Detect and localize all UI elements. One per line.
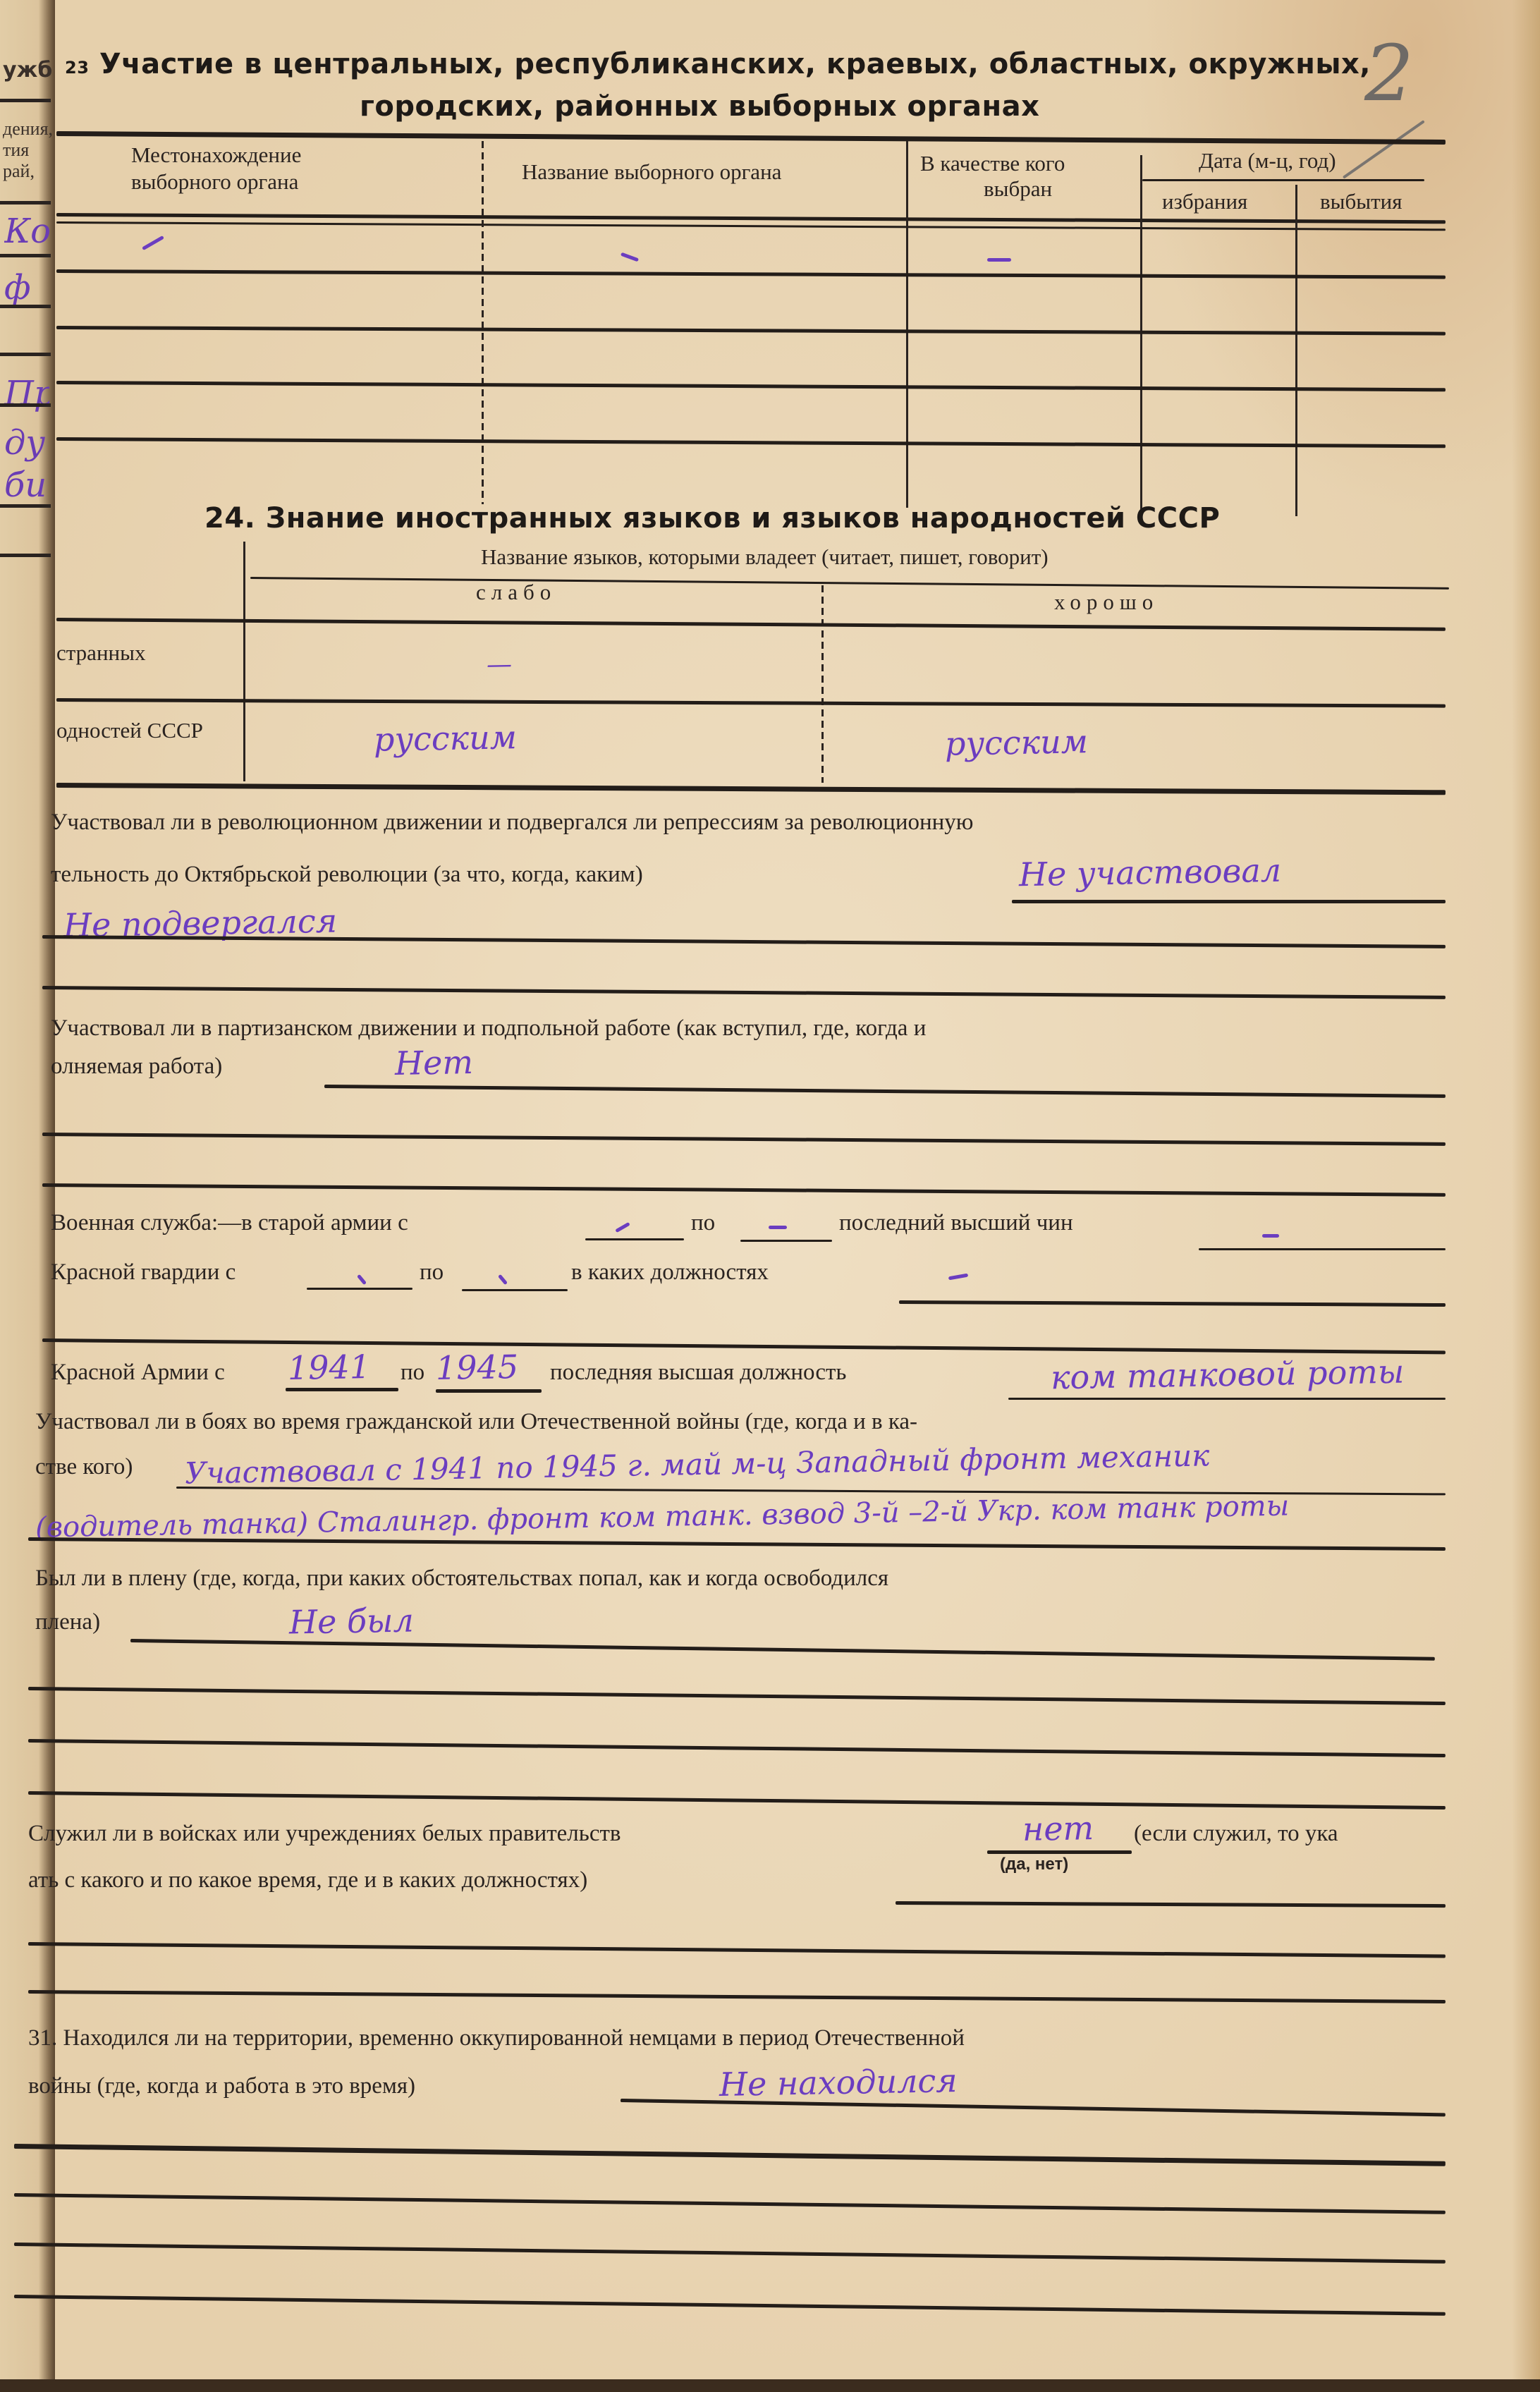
row1-name-dash: [621, 252, 639, 262]
col-header-role: выбран: [984, 176, 1052, 202]
strip-divider: [0, 353, 51, 356]
row-line: [56, 698, 1446, 708]
row-line: [56, 437, 1446, 448]
pencil-check-mark: [1343, 120, 1425, 179]
q30-answer: нет: [1022, 1809, 1094, 1848]
q27-old-army-from: [615, 1222, 630, 1233]
answer-line: [14, 2295, 1446, 2316]
q27-red-army-label: Красной Армии с: [51, 1360, 225, 1386]
answer-line: [899, 1300, 1446, 1307]
q28-answer: Участвовал с 1941 по 1945 г. май м-ц Зап…: [185, 1438, 1210, 1490]
answer-line: [28, 1687, 1446, 1705]
strip-col-fragment: рай,: [3, 161, 52, 182]
q30-text: Служил ли в войсках или учреждениях белы…: [28, 1821, 621, 1847]
q28-text: Участвовал ли в боях во время гражданско…: [35, 1409, 917, 1435]
page-bottom-edge: [0, 2379, 1540, 2392]
answer-line: [1012, 900, 1446, 903]
col-header-name: Название выборного органа: [522, 159, 781, 185]
col-divider: [1140, 155, 1142, 515]
q27-red-guard-label: Красной гвардии с: [51, 1259, 236, 1286]
q27-old-army-to: [769, 1226, 787, 1229]
q30-text: ать с какого и по какое время, где и в к…: [28, 1867, 587, 1893]
q27-last-position: ком танковой роты: [1051, 1353, 1405, 1397]
col-header-role: В качестве кого: [920, 151, 1065, 176]
answer-line: [28, 1791, 1446, 1810]
q27-positions: [948, 1274, 968, 1281]
answer-line: [740, 1240, 832, 1242]
q27-po: по: [401, 1360, 424, 1386]
section23-title-line2: городских, районных выборных органах: [360, 90, 1039, 123]
answer-line: [987, 1850, 1132, 1854]
q27-old-army-label: Военная служба:—в старой армии с: [51, 1210, 408, 1236]
section23-number: 23: [65, 58, 89, 78]
answer-line: [286, 1388, 398, 1391]
answer-line: [14, 2242, 1446, 2264]
answer-line: [896, 1901, 1446, 1908]
q26-text: олняемая работа): [51, 1054, 222, 1080]
row-line: [56, 326, 1446, 336]
q29-text: Был ли в плену (где, когда, при каких об…: [35, 1566, 888, 1592]
lang-subheader-line: [250, 577, 1449, 590]
row-line: [56, 381, 1446, 391]
q31-text: 31. Находился ли на территории, временно…: [28, 2025, 965, 2051]
answer-line: [307, 1288, 412, 1290]
row1-location-dash: [142, 236, 164, 250]
strip-handwriting: би: [4, 465, 49, 505]
q29-answer: Не был: [289, 1601, 415, 1641]
answer-line: [28, 1739, 1446, 1757]
strip-handwriting: ф: [4, 268, 49, 307]
answer-line: [621, 2099, 1446, 2116]
row-line: [56, 269, 1446, 279]
q27-red-guard-to: [498, 1274, 508, 1285]
answer-line: [28, 1990, 1446, 2003]
strip-divider: [0, 504, 51, 508]
answer-line: [28, 1537, 1446, 1551]
q26-text: Участвовал ли в партизанском движении и …: [51, 1015, 926, 1042]
answer-line: [585, 1238, 684, 1240]
q30-text: (если служил, то ука: [1134, 1821, 1338, 1847]
col-header-location: выборного органа: [131, 169, 298, 195]
strip-divider: [0, 305, 51, 308]
col-weak: слабо: [476, 580, 556, 605]
q31-text: войны (где, когда и работа в это время): [28, 2073, 415, 2099]
section23-title: 23 Участие в центральных, республикански…: [65, 48, 1371, 80]
answer-line: [14, 2193, 1446, 2214]
q27-last-rank-label: последний высший чин: [839, 1210, 1073, 1236]
q25-text: Участвовал ли в революционном движении и…: [51, 810, 973, 836]
q25-text: тельность до Октябрьской революции (за ч…: [51, 862, 643, 888]
col-good: хорошо: [1054, 590, 1159, 615]
q27-last-rank: [1262, 1234, 1279, 1238]
answer-line: [130, 1639, 1435, 1661]
strip-col-fragment: дения,: [3, 118, 52, 140]
row-label-ussr: одностей СССР: [56, 718, 203, 743]
col-header-elected: избрания: [1162, 189, 1247, 214]
lang-subheader: Название языков, которыми владеет (читае…: [481, 544, 1049, 570]
section24-title: 24. Знание иностранных языков и языков н…: [204, 502, 1220, 535]
q26-answer: Нет: [395, 1043, 474, 1082]
row1-role-dash: [987, 258, 1011, 262]
q29-text: плена): [35, 1609, 100, 1635]
section24-bottom-border: [56, 783, 1446, 795]
q28-answer: (водитель танка) Сталингр. фронт ком тан…: [35, 1489, 1290, 1544]
q28-text: стве кого): [35, 1454, 133, 1480]
strip-handwriting: ду: [4, 423, 49, 463]
col-header-left: выбытия: [1320, 189, 1402, 214]
col-header-date: Дата (м-ц, год): [1199, 148, 1336, 173]
answer-line: [1199, 1248, 1446, 1250]
strip-handwriting: Пр: [4, 374, 49, 413]
ussr-good-value: русским: [945, 722, 1089, 763]
strip-header-fragment: ужб: [3, 58, 52, 83]
q27-red-army-to: 1945: [436, 1348, 519, 1387]
answer-line: [14, 2144, 1446, 2166]
answer-line: [436, 1389, 542, 1393]
q27-last-position-label: последняя высшая должность: [550, 1360, 846, 1386]
strip-col-fragment: тия: [3, 140, 52, 161]
q25-answer: Не участвовал: [1019, 851, 1282, 893]
row-label-foreign: странных: [56, 640, 145, 666]
strip-divider: [0, 554, 51, 557]
label-col-divider: [243, 542, 245, 781]
q27-po: по: [691, 1210, 715, 1236]
q27-red-army-from: 1941: [288, 1348, 371, 1387]
strip-divider: [0, 403, 51, 407]
answer-line: [42, 1338, 1446, 1354]
form-page: ужб дения, тия рай, Кон ф Пр ду би 2 23 …: [0, 0, 1540, 2392]
row-line: [56, 618, 1446, 631]
strip-divider: [0, 99, 51, 102]
strip-handwriting: Кон: [4, 212, 49, 251]
answer-line: [42, 1183, 1446, 1197]
q27-red-guard-from: [357, 1274, 367, 1285]
page-edge-shadow: [1512, 0, 1540, 2392]
answer-line: [1008, 1398, 1446, 1400]
answer-line: [28, 1942, 1446, 1958]
answer-line: [42, 935, 1446, 948]
weak-good-divider: [821, 585, 824, 783]
q27-positions-label: в каких должностях: [571, 1259, 769, 1286]
q31-answer: Не находился: [719, 2061, 958, 2104]
answer-line: [324, 1085, 1446, 1098]
answer-line: [42, 1133, 1446, 1146]
q27-po: по: [420, 1259, 444, 1286]
col-divider: [1295, 185, 1297, 516]
header-bottom-border: [56, 221, 1446, 231]
col-header-location: Местонахождение: [131, 142, 301, 168]
col-divider: [906, 141, 908, 508]
page-number-pencil: 2: [1364, 28, 1414, 118]
date-subheader-divider: [1142, 179, 1424, 181]
answer-line: [462, 1289, 568, 1291]
foreign-weak-value: —: [487, 650, 513, 680]
answer-line: [42, 986, 1446, 999]
col-divider: [482, 141, 484, 504]
strip-divider: [0, 254, 51, 257]
q30-hint: (да, нет): [1000, 1855, 1068, 1874]
strip-divider: [0, 201, 51, 205]
ussr-weak-value: русским: [374, 718, 518, 759]
